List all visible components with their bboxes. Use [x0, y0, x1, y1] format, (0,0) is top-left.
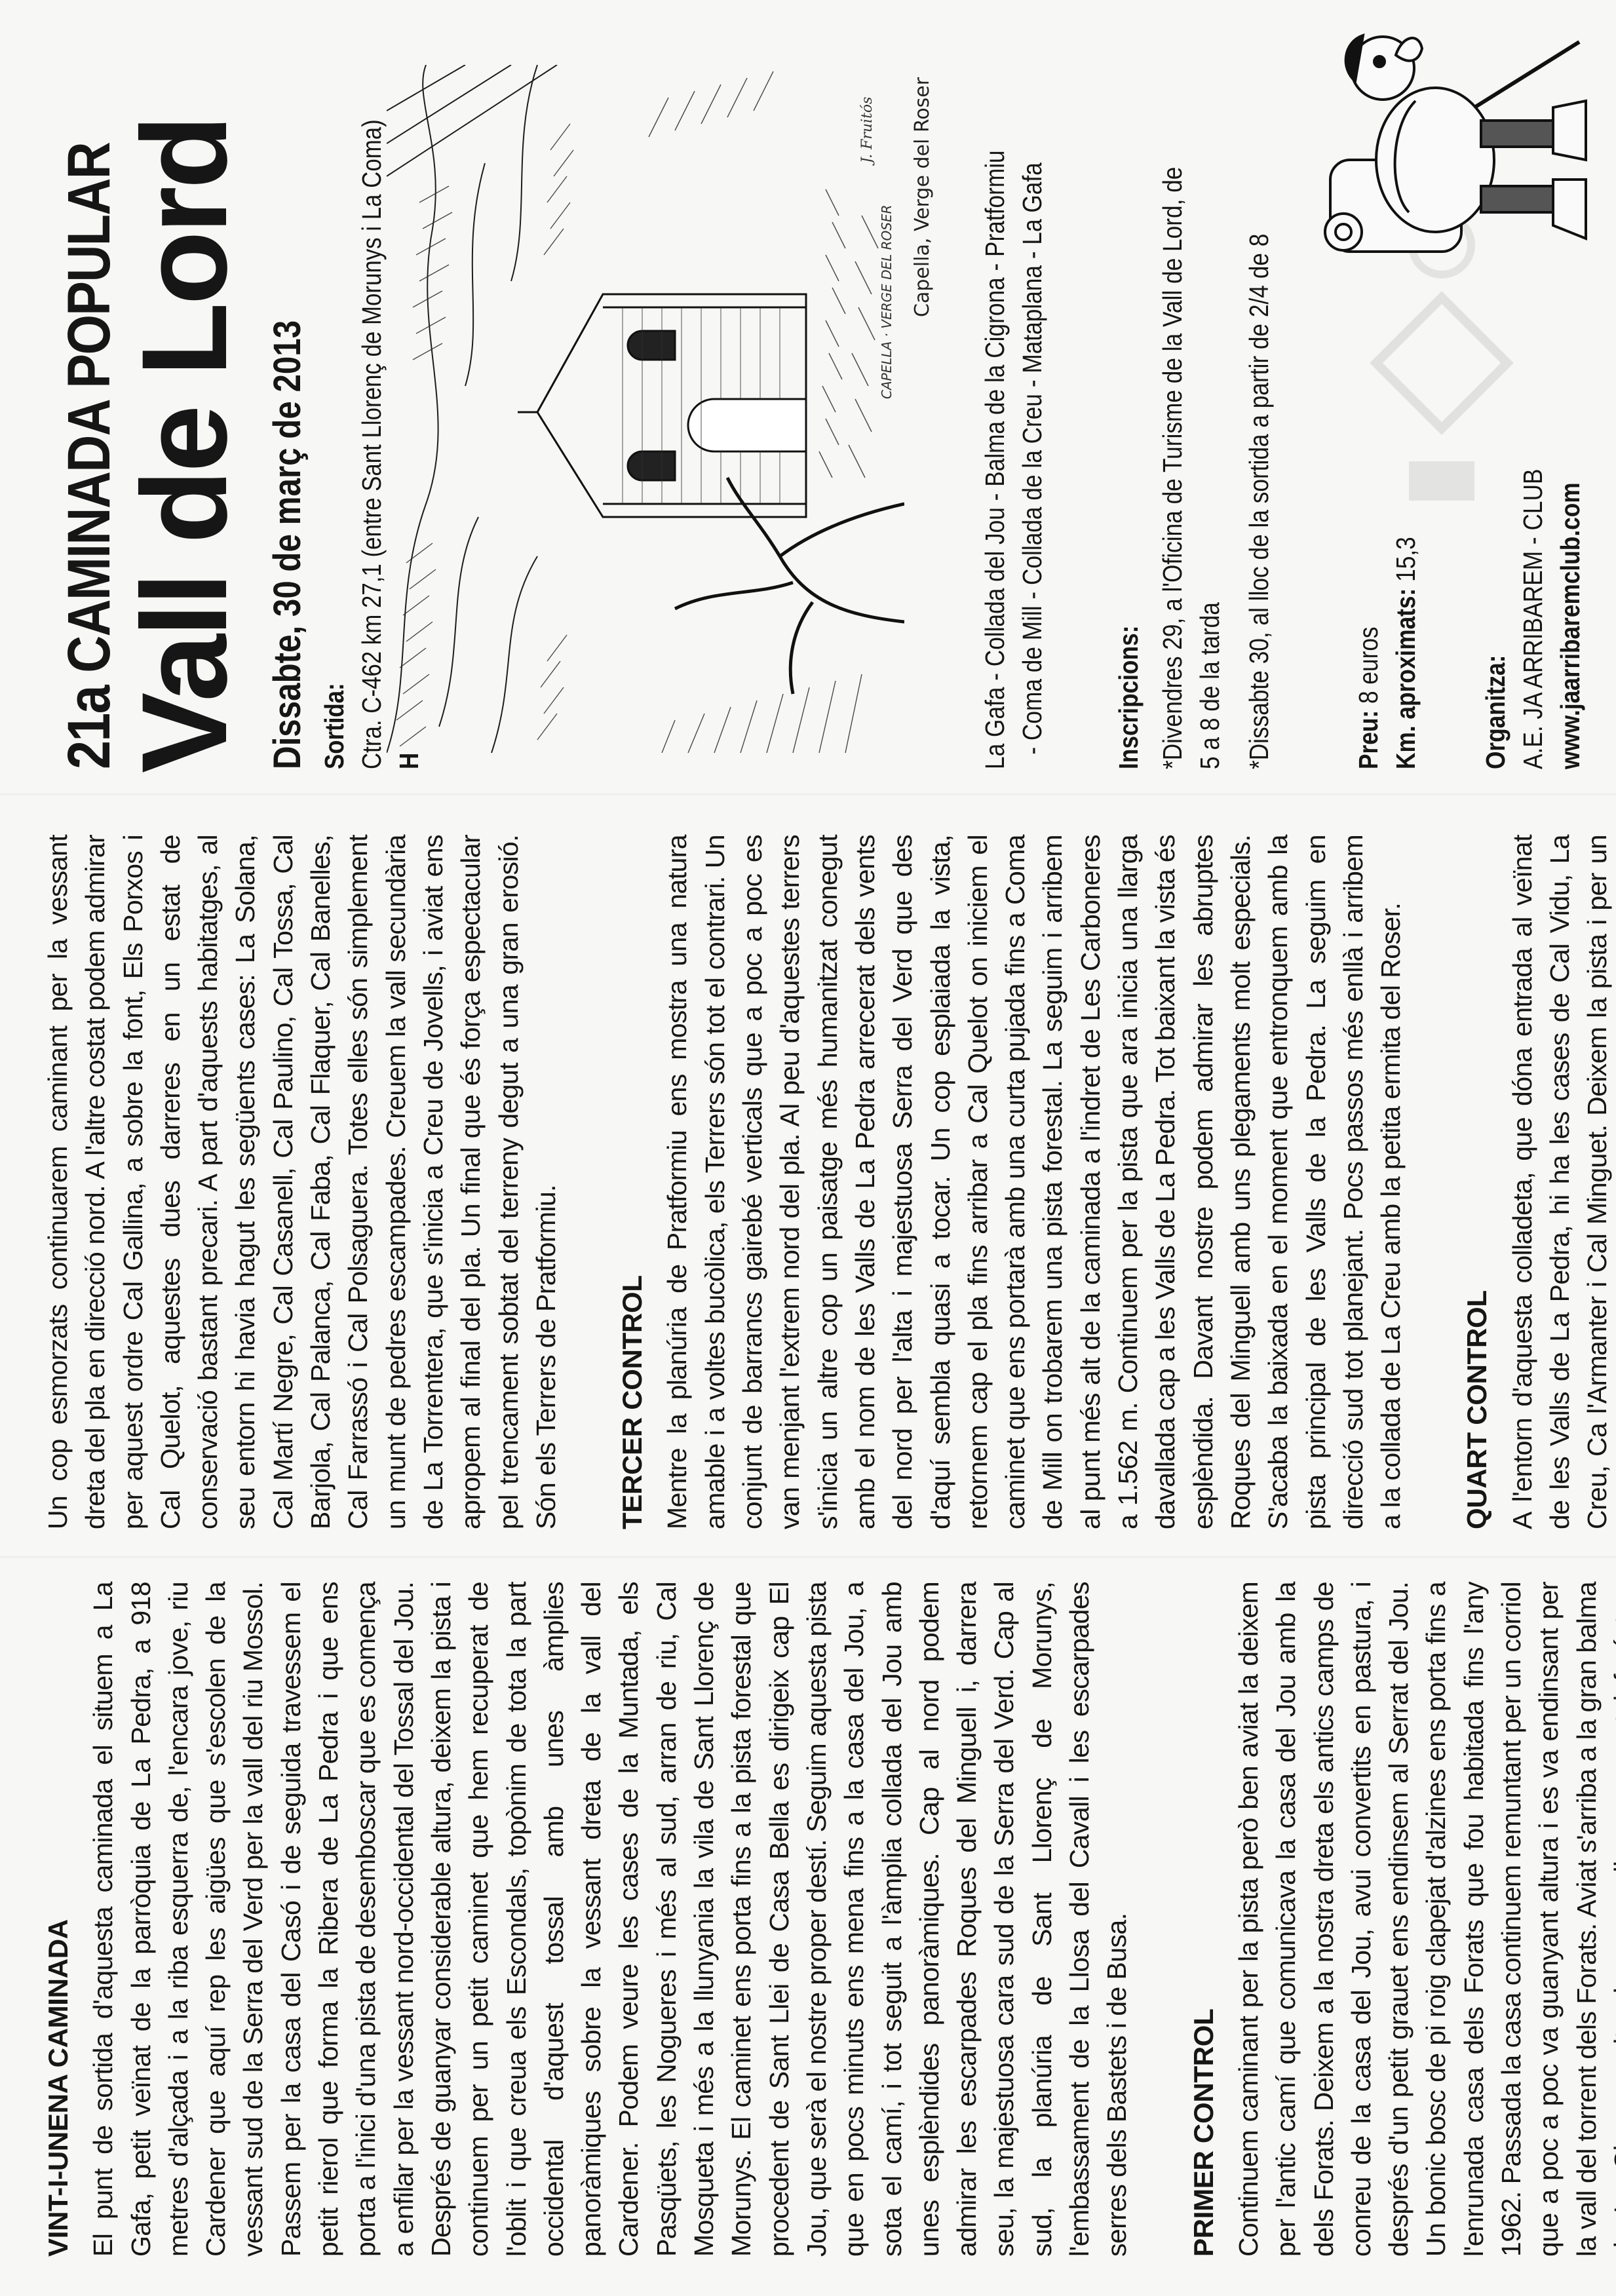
section-body-primer: Continuem caminant per la pista però ben…: [1230, 1582, 1616, 2257]
drawing-caption: Capella, Verge del Roser: [911, 77, 934, 317]
fold-line: [0, 794, 1616, 795]
sortida-label: Sortida:: [319, 683, 349, 769]
section-body-intro: El punt de sortida d'aquesta caminada el…: [85, 1582, 1136, 2257]
chapel-illustration-icon: CAPELLA · VERGE DEL ROSER J. Fruitós: [387, 65, 904, 753]
inscripcions-label: Inscripcions:: [1110, 138, 1147, 769]
route-line-1: La Gafa - Collada del Jou - Balma de la …: [976, 138, 1014, 769]
fold-line: [0, 1556, 1616, 1558]
section-heading-intro: VINT-I-UNENA CAMINADA: [39, 1582, 77, 2257]
brochure-page: VINT-I-UNENA CAMINADA El punt de sortida…: [0, 0, 1616, 2296]
section-heading-tercer: TERCER CONTROL: [613, 835, 651, 1529]
inscripcions-saturday: *Dissabte 30, al lloc de la sortida a pa…: [1241, 138, 1278, 769]
hiker-mascot-icon: [1304, 29, 1599, 278]
section-heading-primer: PRIMER CONTROL: [1185, 1582, 1222, 2257]
route-line-2: - Coma de Mill - Collada de la Creu - Ma…: [1014, 138, 1051, 769]
drawing-inscription: CAPELLA · VERGE DEL ROSER: [879, 205, 895, 400]
drawing-signature: J. Fruitós: [859, 97, 875, 166]
preu-value: 8 euros: [1353, 626, 1383, 704]
km-value: 15,3: [1391, 537, 1421, 582]
event-date: Dissabte, 30 de març de 2013: [265, 145, 309, 769]
panel-middle: Un cop esmorzats continuarem caminant pe…: [39, 835, 1599, 1529]
km-label: Km. aproximats:: [1391, 588, 1421, 769]
section-body-segon-2: Un cop esmorzats continuarem caminant pe…: [39, 835, 565, 1529]
sortida-label-line: Sortida:: [316, 145, 353, 769]
section-body-tercer: Mentre la planúria de Pratformiu ens mos…: [659, 835, 1410, 1529]
preu-label: Preu:: [1353, 710, 1383, 769]
section-body-quart: A l'entorn d'aquesta colladeta, que dóna…: [1504, 835, 1616, 1529]
inscripcions-friday-hours: 5 a 8 de la tarda: [1191, 138, 1229, 769]
event-title: 21a CAMINADA POPULAR: [59, 138, 119, 769]
panel-left: VINT-I-UNENA CAMINADA El punt de sortida…: [39, 1582, 1599, 2257]
inscripcions-friday: *Divendres 29, a l'Oficina de Turisme de…: [1154, 138, 1191, 769]
scanned-brochure: VINT-I-UNENA CAMINADA El punt de sortida…: [0, 0, 1616, 2296]
section-heading-quart: QUART CONTROL: [1458, 835, 1495, 1529]
chapel-drawing: CAPELLA · VERGE DEL ROSER J. Fruitós: [387, 65, 904, 753]
event-location-title: Vall de Lord: [125, 35, 246, 773]
sortida-value: Ctra. C-462 km 27,1 (entre Sant Llorenç …: [353, 145, 391, 769]
